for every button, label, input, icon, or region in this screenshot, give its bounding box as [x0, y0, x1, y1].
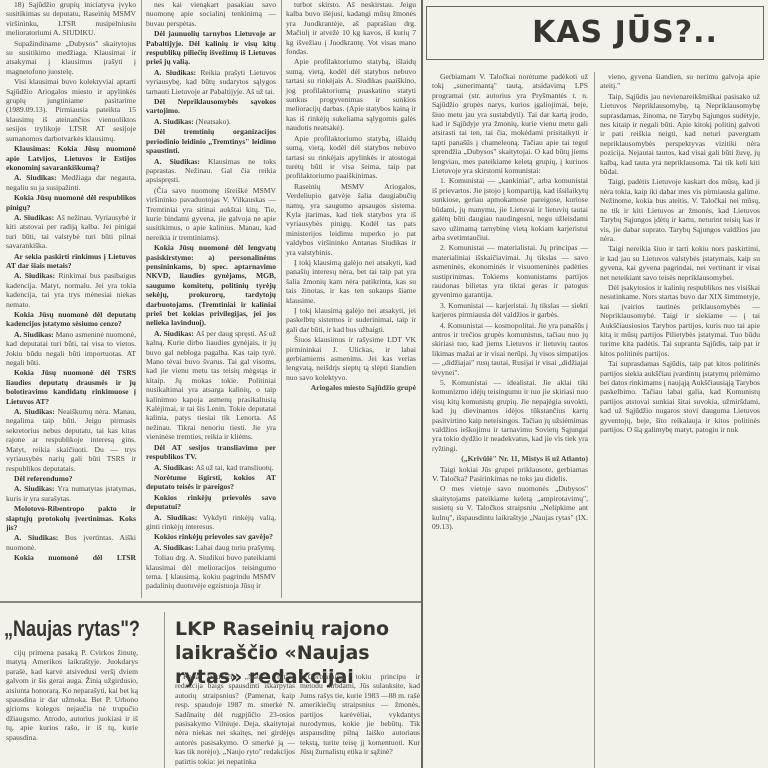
source-credit: („Krivūlė" Nr. 11, Mistys iš už Atlanto): [432, 454, 588, 463]
paragraph: Taigi, padėtis Lietuvoje kaskart dos mūs…: [600, 177, 760, 243]
speaker: A. Siudikas:: [154, 157, 208, 166]
lkp-column-a: Kada laikraščio „Naujas rytas" redakcija…: [175, 672, 295, 768]
article-column-3: turbot skirsto. Aš neskirstau. Jeigu kal…: [286, 0, 416, 600]
paragraph: Raseinių MSMV Ariogalos, Verdeliupio gat…: [286, 182, 416, 257]
article-column-1: 18) Sąjūdžio grupių iniciatyva įvyko sus…: [6, 0, 136, 560]
paragraph: Taigi kokiai Jūs grupei priklausote, ger…: [432, 465, 588, 484]
question: Kokios rinkėjų prievoles sav gavėjo?: [146, 532, 276, 541]
speaker: A. Siudikas:: [154, 68, 200, 77]
question: Kokia Jūsų nuomonė dėl lengvatų pasiskir…: [146, 243, 276, 328]
paragraph: Apie profilaktoriumo statybą, išlaidų su…: [286, 134, 416, 181]
answer: A. Siudikas: Aš per daug spręsti. Aš už …: [146, 329, 276, 442]
headline-naujas-rytas: „Naujas rytas"?: [4, 616, 117, 642]
paragraph: 1. Komunistai — „kankiniai", arba komuni…: [432, 176, 588, 242]
answer: A. Siudikas: Bus įvertintas. Aiški nuomo…: [6, 533, 136, 552]
paragraph: 5. Komunistai — idealistai. Jie aklai ti…: [432, 378, 588, 453]
lkp-column-b: Gerbiamieji, tokiu principu ir metodu di…: [300, 672, 420, 768]
paragraph: cijų primena pasaką P. Cvirkos žinutę, m…: [6, 648, 138, 742]
headline-kas-jus: KAS JŪS?..: [427, 15, 763, 50]
question: Kokios rinkėjų prievolės savo deputatui?: [146, 493, 276, 512]
speaker: A. Siudikas:: [154, 117, 196, 126]
paragraph: Į tokį klausimą galėjo nei atsakyti, kad…: [286, 258, 416, 305]
question: Kokia Jūsų nuomonė dėl TSRS liaudies dep…: [6, 368, 136, 406]
paragraph: Gerbiamam V. Taločkai norėtume padėkoti …: [432, 72, 588, 175]
answer: A. Siudikas: Medžiaga dar negauta, negal…: [6, 173, 136, 192]
speaker: A. Siudikas:: [154, 463, 196, 472]
kas-jus-column-a: Gerbiamam V. Taločkai norėtume padėkoti …: [432, 72, 588, 762]
question: Dėl jaunuolių tarnybos Lietuvoje ar Paba…: [146, 29, 276, 67]
paragraph: 18) Sąjūdžio grupių iniciatyva įvyko sus…: [6, 0, 136, 38]
paragraph: nes kai vienąkart pasakiau savo nuomonę …: [146, 0, 276, 28]
answer: A. Siudikas: Aš nežinau. Vyriausybė ir k…: [6, 213, 136, 251]
paragraph: Gerbiamieji, tokiu principu ir metodu di…: [300, 672, 420, 757]
question: Kokia Jūsų nuomonė dėl respublikos pinig…: [6, 193, 136, 212]
speaker: A. Siudikas:: [14, 484, 57, 493]
speaker: A. Siudikas:: [154, 543, 196, 552]
kas-jus-column-b: vieno, gyvena šiandien, su nerimu galvoj…: [600, 72, 760, 762]
section-divider: [0, 601, 421, 603]
question: Dėl Nepriklausomybės sąvokos vartojimo.: [146, 97, 276, 116]
paragraph: vieno, gyvena šiandien, su nerimu galvoj…: [600, 72, 760, 91]
question: Kokia Jūsų nuomonė dėl deputatų kadencij…: [6, 310, 136, 329]
question: Norėtume išgirsti, kokios AT deputato te…: [146, 473, 276, 492]
question: Molotovo-Ribentropo pakto ir slaptųjų pr…: [6, 504, 136, 532]
paragraph: Taip, Sąjūdis jau nevienareikšmiškai pas…: [600, 92, 760, 177]
answer: A. Siudikas: Yra numatytas įstatymas, ku…: [6, 484, 136, 503]
paragraph: Taigi nereikia šiuo ir tarti kokiu nors …: [600, 244, 760, 282]
speaker: A. Siudikas:: [154, 329, 196, 338]
paragraph: Tai suprasdamas Sąjūdis, taip pat kitos …: [600, 359, 760, 434]
question: Ar sekia paskirti rinkimus į Lietuvos AT…: [6, 252, 136, 271]
speaker: A. Siudikas:: [154, 513, 203, 522]
question: Dėl AT sesijos transliavimo per respubli…: [146, 443, 276, 462]
answer: A. Siudikas: Vykdyti rinkėjų valią, gint…: [146, 513, 276, 532]
answer: A. Siudikas: Reikia prašyti Lietuvos vyr…: [146, 68, 276, 96]
paragraph: 2. Komunistai — materialistai. Jų princi…: [432, 243, 588, 299]
paragraph: 3. Komunistai — karjeristai. Jų tikslas …: [432, 301, 588, 320]
answer: A. Siudikas: Neaiškumų nėra. Manau, nega…: [6, 407, 136, 473]
headline-box: KAS JŪS?..: [426, 6, 764, 60]
speaker: A. Siudikas:: [14, 213, 56, 222]
speaker: A. Siudikas:: [14, 407, 58, 416]
speaker: A. Siudikas:: [14, 330, 56, 339]
naujas-rytas-text: cijų primena pasaką P. Cvirkos žinutę, m…: [6, 648, 138, 766]
column-divider: [594, 72, 595, 768]
column-divider: [164, 612, 165, 768]
signature: Ariogalos miesto Sąjūdžio grupė: [286, 383, 416, 392]
paragraph: Šiuos klausimus ir rašysime LDT VK pirmi…: [286, 335, 416, 382]
answer: A. Siudikas: Rinkimai bus pasibaigus kad…: [6, 271, 136, 309]
speaker: A. Siudikas:: [14, 271, 58, 280]
paragraph: Visi klausimai buvo kolektyviai aptarti …: [6, 77, 136, 143]
paragraph: O mes vietoje savo nuomonės „Dubysos" sk…: [432, 484, 588, 531]
column-divider: [281, 0, 282, 598]
paragraph: Kada laikraščio „Naujas rytas" redakcija…: [175, 672, 295, 766]
paragraph: turbot skirsto. Aš neskirstau. Jeigu kal…: [286, 0, 416, 56]
question: Klausimas: Kokia Jūsų nuomonė apie Latvi…: [6, 144, 136, 172]
paragraph: Toliau drg. A. Siudikui buvo pateikiami …: [146, 553, 276, 591]
paragraph: (Čia savo nuomonę išreiškė MSMV viršinin…: [146, 186, 276, 242]
paragraph: Supažindiname „Dubysos" skaitytojus su s…: [6, 39, 136, 77]
question: Dėl referendumo?: [6, 474, 136, 483]
answer: A. Siudikas: Mano asmeninė nuomonė, kad …: [6, 330, 136, 368]
answer: A. Siudikas: Labai daug turiu prašymų.: [146, 543, 276, 552]
column-divider: [141, 0, 142, 598]
question: Dėl tremtinių organizacijos periodinio l…: [146, 127, 276, 155]
question: Kokia nuomonė dėl LTSR konstitucijos 6 s…: [6, 553, 136, 560]
speaker: A. Siudikas:: [14, 173, 61, 182]
answer: A. Siudikas: Klausimas ne toks paprastas…: [146, 157, 276, 185]
answer: A. Siudikas: (Neatsako).: [146, 117, 276, 126]
paragraph: Dėl įsakytosios ir kalinių respublikos n…: [600, 283, 760, 358]
paragraph: Apie profilaktoriumo statybą, išlaidų su…: [286, 57, 416, 132]
speaker: A. Siudikas:: [14, 533, 65, 542]
paragraph: 4. Komunistai — kosmopolitai. Jie yra pa…: [432, 321, 588, 377]
answer: A. Siudikas: Aš už tai, kad transliuotų.: [146, 463, 276, 472]
paragraph: Į tokį klausimą galėjo nei atsakyti, jei…: [286, 306, 416, 334]
article-column-2: nes kai vienąkart pasakiau savo nuomonę …: [146, 0, 276, 600]
